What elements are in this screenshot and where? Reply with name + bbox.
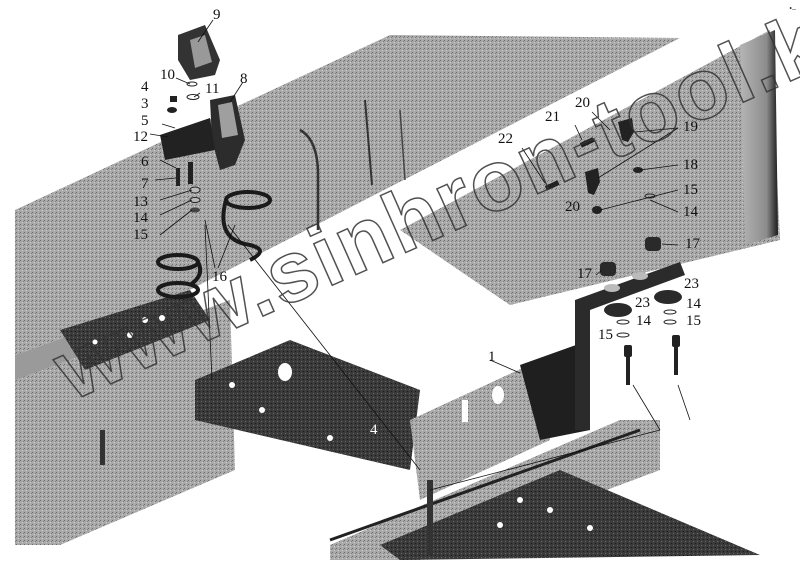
callout-6: 6 (141, 155, 149, 170)
callout-5: 5 (141, 114, 149, 129)
callout-10: 10 (160, 68, 175, 83)
callout-18: 18 (683, 158, 698, 173)
callout-4: 4 (141, 80, 149, 95)
callout-16: 16 (212, 270, 227, 285)
callout-22: 22 (498, 132, 513, 147)
corner-mark: •– (789, 4, 796, 13)
callout-8: 8 (240, 72, 248, 87)
callout-20: 20 (575, 96, 590, 111)
callout-19: 19 (683, 120, 698, 135)
callout-17: 17 (685, 237, 700, 252)
callout-3: 3 (141, 97, 149, 112)
parts-diagram: www.sinhron-tool.kz •– 9 10 11 4 8 3 5 1… (0, 0, 800, 567)
callout-15: 15 (133, 228, 148, 243)
callout-12: 12 (133, 130, 148, 145)
callout-20b: 20 (565, 200, 580, 215)
callout-15c: 15 (686, 314, 701, 329)
callout-21: 21 (545, 110, 560, 125)
callout-14b: 14 (683, 205, 698, 220)
callout-14c: 14 (686, 297, 701, 312)
callout-7: 7 (141, 177, 149, 192)
callout-17b: 17 (577, 267, 592, 282)
callout-23: 23 (684, 277, 699, 292)
callout-23b: 23 (635, 296, 650, 311)
callout-1: 1 (488, 350, 496, 365)
callout-14: 14 (133, 211, 148, 226)
callout-15b: 15 (683, 183, 698, 198)
callout-4b: 4 (370, 423, 378, 438)
callout-9: 9 (213, 8, 221, 23)
callout-15d: 15 (598, 328, 613, 343)
callout-11: 11 (205, 82, 219, 97)
bracket-9 (178, 25, 220, 80)
callout-14d: 14 (636, 314, 651, 329)
callout-13: 13 (133, 195, 148, 210)
